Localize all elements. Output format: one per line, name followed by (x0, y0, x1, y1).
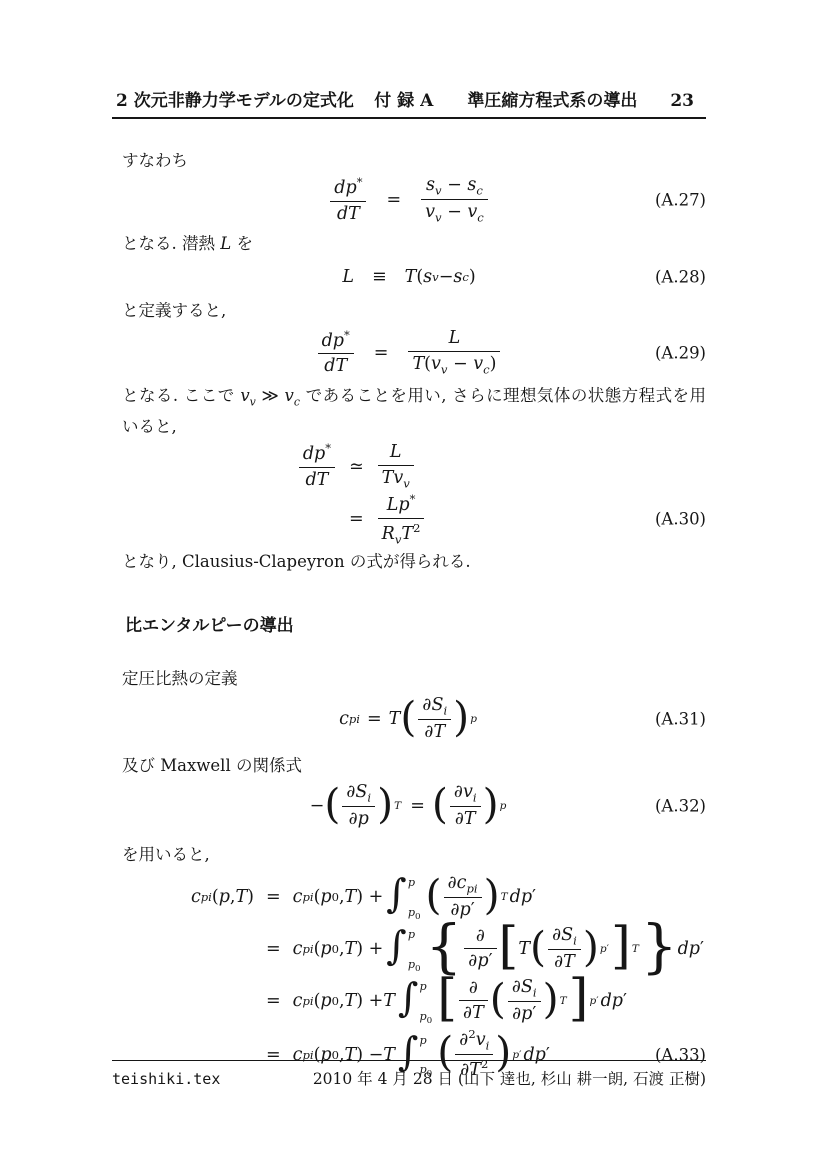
equation-a31-tag: (A.31) (655, 710, 706, 729)
equation-a30-row1-rhs: LTvv (376, 442, 416, 491)
equation-a30-row2-relation: = (349, 509, 364, 529)
equation-a33-row2-rhs: cpi(p0, T) + ∫pp0{∂∂p′ [T (∂Si∂T)p′]T} d… (293, 925, 704, 974)
paragraph-clausius: となり, Clausius-Clapeyron の式が得られる. (112, 549, 706, 574)
equation-a32-math: −(∂Si∂p)T=(∂vi∂T)p (310, 782, 509, 831)
section-heading-specific-enthalpy: 比エンタルピーの導出 (112, 614, 706, 638)
equation-a28-tag: (A.28) (655, 267, 706, 286)
equation-a28: L≡T(sv − sc) (A.28) (112, 262, 706, 292)
equation-a30-row-1: dp*dT ≃ LTvv (112, 441, 706, 492)
equation-a30-row-2: = Lp*RvT2 (A.30) (112, 492, 706, 546)
equation-a30-row1-lhs: dp*dT (112, 441, 337, 492)
equation-a27-math: dp*dT=sv − scvv − vc (328, 175, 489, 226)
header-page-number: 23 (670, 91, 694, 111)
equation-a30: dp*dT ≃ LTvv = Lp*RvT2 (A.30) (112, 441, 706, 546)
running-header: 2 次元非静力学モデルの定式化 付 録 A 準圧縮方程式系の導出 23 (112, 86, 706, 119)
header-chapter-title: 2 次元非静力学モデルの定式化 (116, 86, 354, 111)
equation-a28-math: L≡T(sv − sc) (342, 267, 475, 287)
equation-a29: dp*dT=LT(vv − vc) (A.29) (112, 328, 706, 379)
equation-a31-math: cpi=T (∂Si∂T)p (339, 695, 479, 744)
equation-a27-tag: (A.27) (655, 191, 706, 210)
paragraph-teiatsu: 定圧比熱の定義 (112, 666, 706, 691)
equation-a30-row2-rhs: Lp*RvT2 (376, 492, 427, 546)
equation-a27: dp*dT=sv − scvv − vc (A.27) (112, 175, 706, 226)
footer-date-authors: 2010 年 4 月 28 日 (山下 達也, 杉山 耕一朗, 石渡 正樹) (313, 1067, 706, 1089)
equation-a33-row3-rhs: cpi(p0, T) + T ∫pp0[∂∂T (∂Si∂p′)T]p′ dp′ (293, 977, 627, 1026)
footer-filename: teishiki.tex (112, 1070, 220, 1088)
paragraph-sunawachi: すなわち (112, 148, 706, 173)
equation-a29-tag: (A.29) (655, 343, 706, 362)
document-page: 2 次元非静力学モデルの定式化 付 録 A 準圧縮方程式系の導出 23 すなわち… (112, 0, 706, 1082)
equation-a33-row-2: = cpi(p0, T) + ∫pp0{∂∂p′ [T (∂Si∂T)p′]T}… (112, 923, 706, 975)
equation-a33-row1-relation: = (266, 887, 281, 907)
paragraph-kokode: となる. ここで vv ≫ vc であることを用い, さらに理想気体の状態方程式… (112, 383, 706, 439)
paragraph-teigi: と定義すると, (112, 298, 706, 323)
paragraph-tonaru-latent-heat: となる. 潜熱 L を (112, 231, 706, 256)
header-appendix-title: 付 録 A 準圧縮方程式系の導出 (374, 86, 637, 111)
equation-a33-row2-relation: = (266, 939, 281, 959)
equation-a33-row3-relation: = (266, 991, 281, 1011)
equation-a32: −(∂Si∂p)T=(∂vi∂T)p (A.32) (112, 780, 706, 832)
equation-a33-row1-lhs: cpi(p, T) (112, 887, 254, 907)
equation-a30-tag: (A.30) (655, 510, 706, 529)
equation-a33-row-3: = cpi(p0, T) + T ∫pp0[∂∂T (∂Si∂p′)T]p′ d… (112, 975, 706, 1027)
paragraph-maxwell: 及び Maxwell の関係式 (112, 753, 706, 778)
equation-a29-math: dp*dT=LT(vv − vc) (316, 328, 503, 379)
equation-a31: cpi=T (∂Si∂T)p (A.31) (112, 693, 706, 745)
equation-a33-row1-rhs: cpi(p0, T) + ∫pp0(∂cpi∂p′)T dp′ (293, 873, 536, 922)
equation-a30-row1-relation: ≃ (349, 457, 364, 477)
equation-a32-tag: (A.32) (655, 797, 706, 816)
page-footer: teishiki.tex 2010 年 4 月 28 日 (山下 達也, 杉山 … (112, 1060, 706, 1089)
equation-a33: cpi(p, T) = cpi(p0, T) + ∫pp0(∂cpi∂p′)T … (112, 871, 706, 1081)
paragraph-mochiiru: を用いると, (112, 842, 706, 867)
